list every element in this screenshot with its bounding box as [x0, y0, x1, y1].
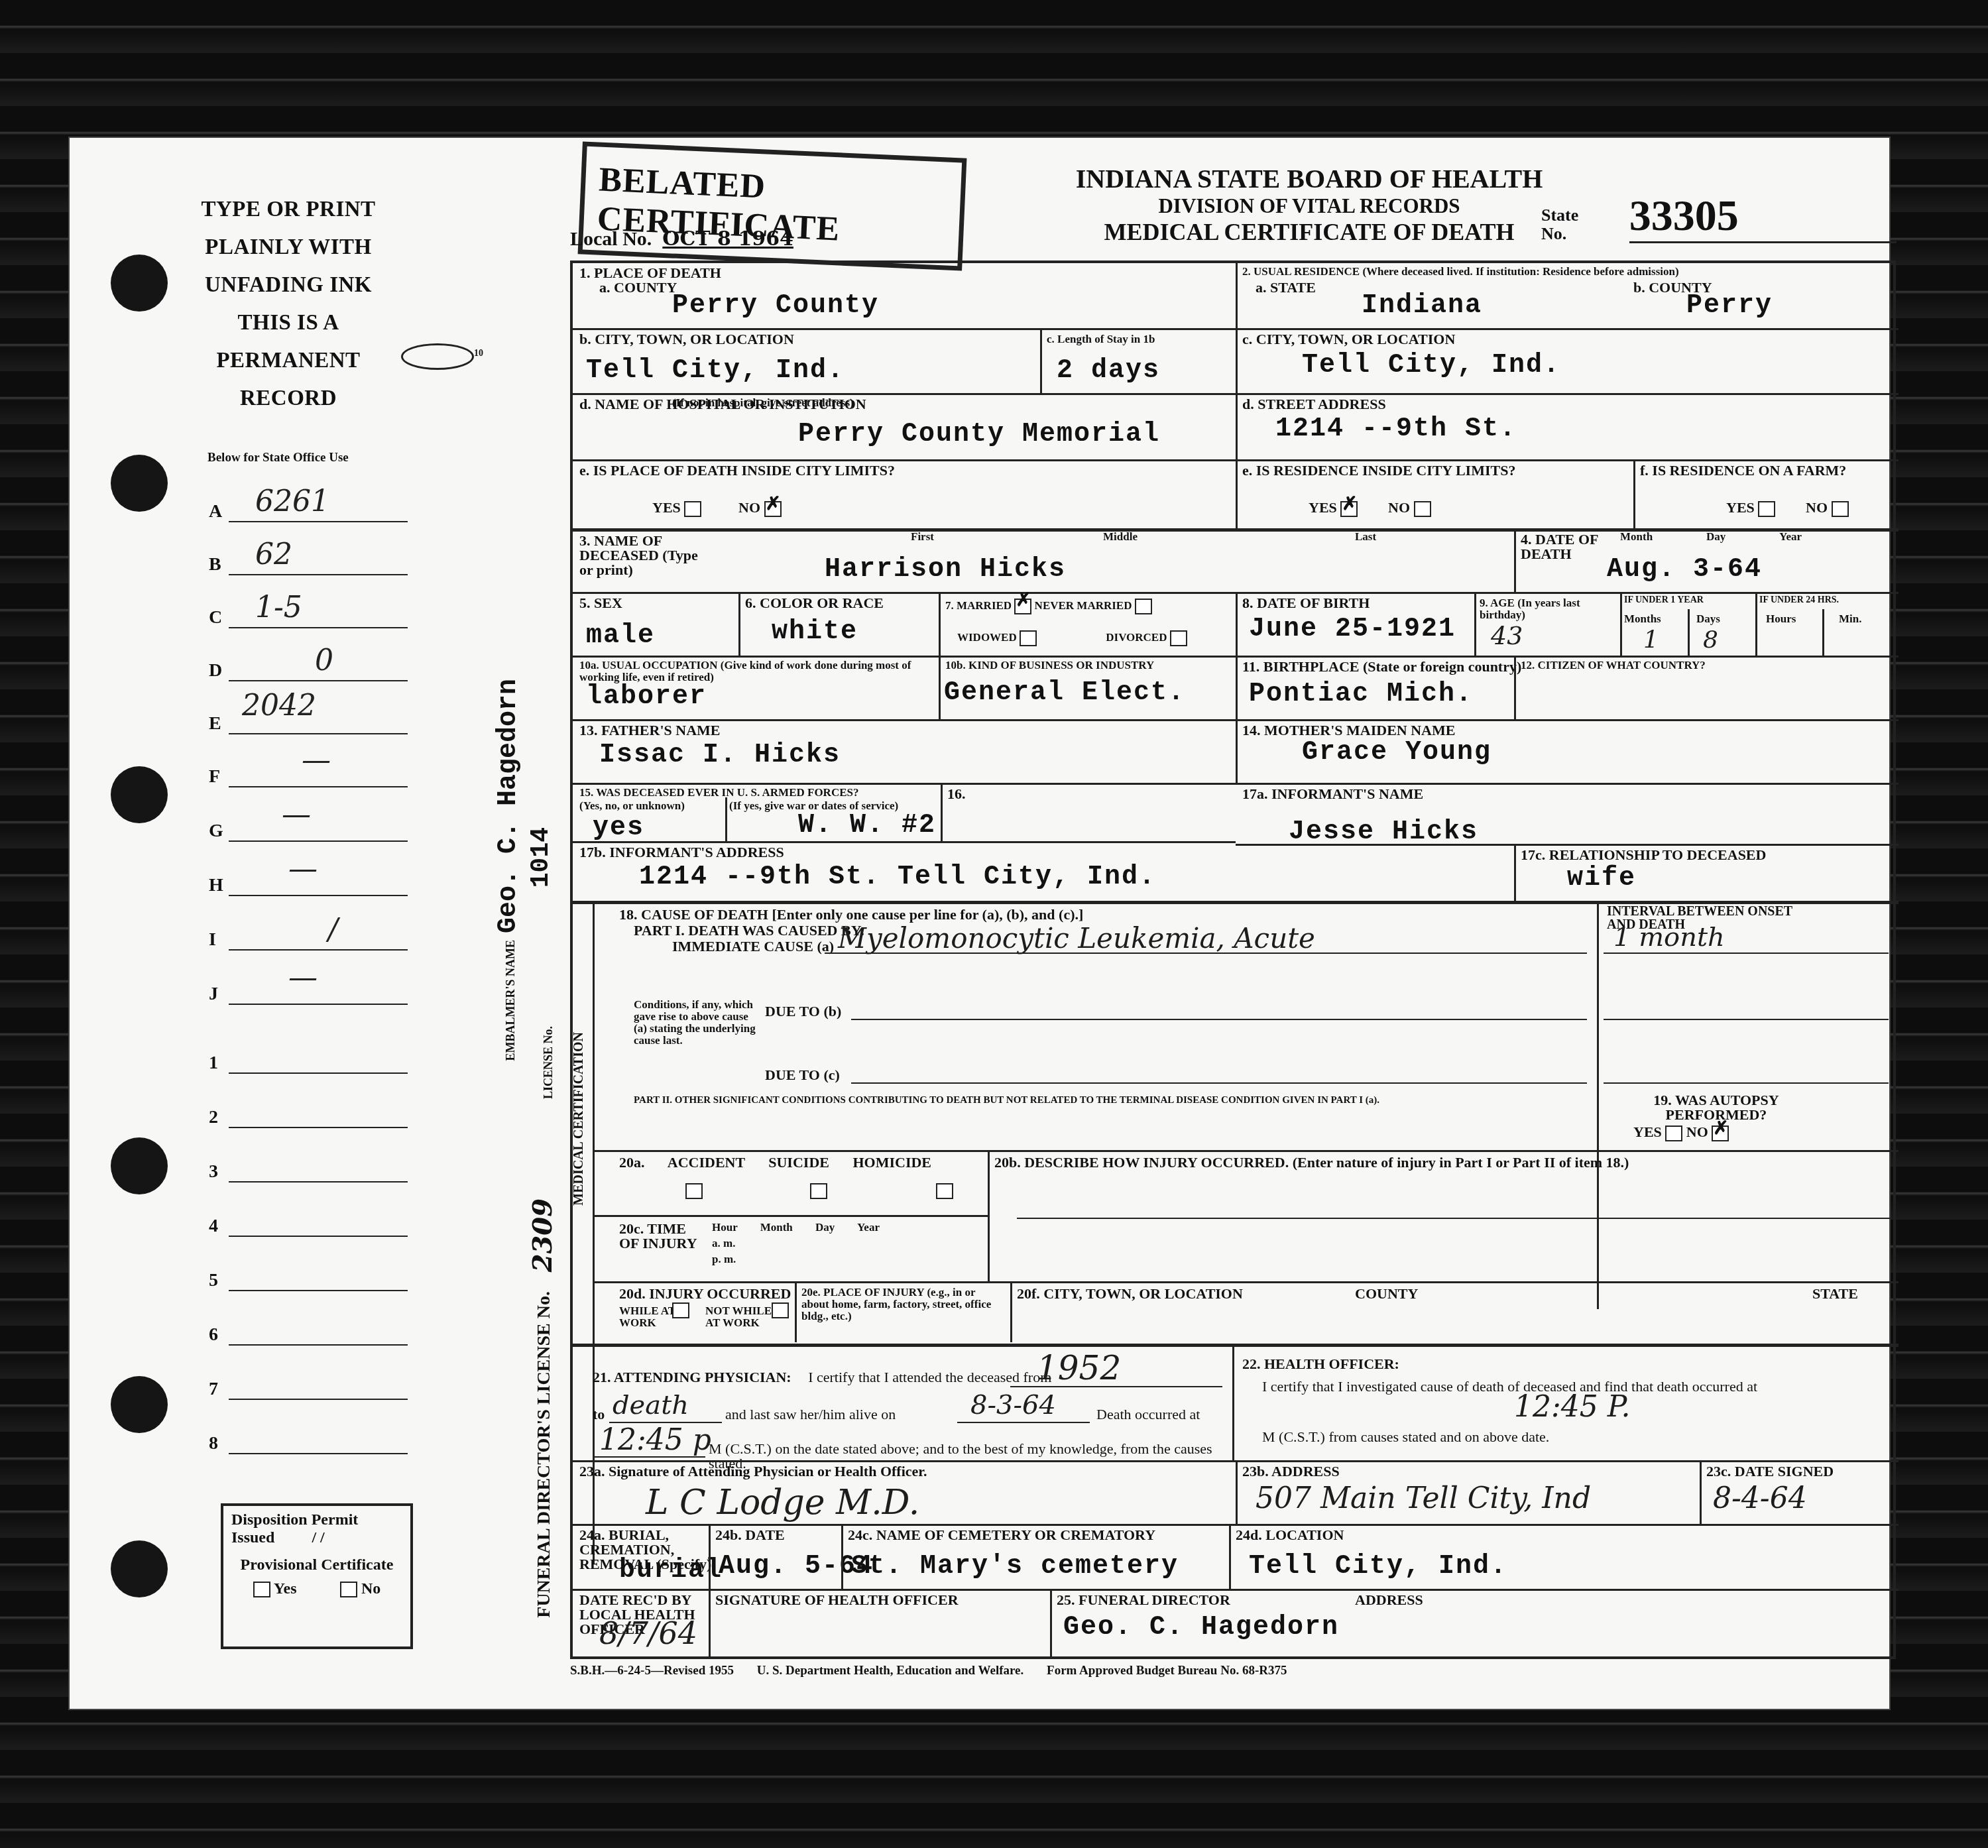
state-office-use-label: Below for State Office Use	[207, 451, 349, 465]
numbered-line-2: 2	[209, 1102, 408, 1128]
age-value: 43	[1491, 621, 1523, 650]
binder-hole-icon	[111, 1540, 168, 1597]
war-service-value: W. W. #2	[798, 811, 936, 840]
occupation-value: laborer	[586, 682, 707, 712]
widowed-checkbox[interactable]	[1020, 630, 1037, 646]
divorced-checkbox[interactable]	[1170, 630, 1187, 646]
hospital-value: Perry County Memorial	[798, 420, 1160, 449]
binder-hole-icon	[111, 455, 168, 512]
binder-hole-icon	[111, 255, 168, 312]
attended-to-value: death	[613, 1390, 689, 1420]
form-grid: 1. PLACE OF DEATH a. COUNTY Perry County…	[570, 260, 1896, 1659]
farm-yes-checkbox[interactable]	[1758, 501, 1775, 517]
sex-value: male	[586, 621, 655, 651]
code-row-b: B62	[209, 549, 408, 575]
provisional-no-checkbox[interactable]	[340, 1582, 357, 1597]
residence-inside-limits-no-checkbox[interactable]	[1414, 501, 1431, 517]
last-seen-alive-value: 8-3-64	[970, 1390, 1056, 1420]
date-signed-value: 8-4-64	[1713, 1481, 1807, 1515]
code-row-a: A6261	[209, 496, 408, 522]
not-while-at-work-checkbox[interactable]	[772, 1302, 789, 1318]
death-inside-limits-no-checkbox[interactable]	[764, 501, 782, 517]
residence-county-value: Perry	[1686, 291, 1773, 321]
burial-date-value: Aug. 5-64	[719, 1552, 874, 1582]
race-value: white	[772, 617, 858, 647]
while-at-work-checkbox[interactable]	[672, 1302, 689, 1318]
certificate-form: BELATED CERTIFICATE Local No.OCT 8 1964 …	[507, 138, 1893, 1709]
attended-from-value: 1952	[1037, 1349, 1121, 1387]
stub-instructions: TYPE OR PRINT PLAINLY WITH UNFADING INK …	[189, 191, 388, 418]
residence-city-value: Tell City, Ind.	[1302, 351, 1560, 380]
numbered-line-4: 4	[209, 1210, 408, 1237]
death-city-value: Tell City, Ind.	[586, 356, 845, 386]
birthplace-value: Pontiac Mich.	[1249, 679, 1473, 709]
burial-type-value: burial	[619, 1556, 723, 1586]
father-name-value: Issac I. Hicks	[599, 740, 841, 770]
funeral-director-value: Geo. C. Hagedorn	[1063, 1613, 1339, 1643]
provisional-yes-checkbox[interactable]	[253, 1582, 270, 1597]
accident-checkbox[interactable]	[685, 1183, 703, 1199]
code-row-j: J—	[209, 978, 408, 1005]
binder-hole-icon	[111, 766, 168, 823]
residence-inside-limits-yes-checkbox[interactable]	[1340, 501, 1358, 517]
date-of-death-value: Aug. 3-64	[1607, 555, 1762, 585]
numbered-line-6: 6	[209, 1319, 408, 1346]
code-row-c: C1-5	[209, 602, 408, 628]
binder-hole-icon	[111, 1137, 168, 1194]
armed-forces-value: yes	[593, 813, 644, 843]
code-row-i: I/	[209, 924, 408, 951]
code-row-e: E2042	[209, 708, 408, 734]
numbered-line-8: 8	[209, 1428, 408, 1454]
married-checkbox[interactable]	[1014, 599, 1031, 614]
deceased-name-value: Harrison Hicks	[825, 555, 1066, 585]
suicide-checkbox[interactable]	[810, 1183, 827, 1199]
date-of-birth-value: June 25-1921	[1249, 614, 1456, 644]
months-value: 1	[1643, 626, 1659, 654]
code-row-g: G—	[209, 815, 408, 842]
ho-death-time-value: 12:45 P.	[1514, 1390, 1630, 1424]
autopsy-no-checkbox[interactable]	[1712, 1126, 1729, 1141]
code-row-f: F—	[209, 761, 408, 787]
cemetery-value: St. Mary's cemetery	[851, 1552, 1179, 1582]
never-married-checkbox[interactable]	[1135, 599, 1152, 614]
belated-certificate-stamp: BELATED CERTIFICATE	[578, 141, 967, 270]
days-value: 8	[1703, 626, 1718, 654]
physician-signature: L C Lodge M.D.	[646, 1483, 919, 1523]
state-number: State No. 33305	[1541, 191, 1897, 243]
date-received-value: 8/7/64	[599, 1615, 697, 1651]
industry-value: General Elect.	[944, 678, 1185, 708]
residence-state-value: Indiana	[1362, 291, 1482, 321]
farm-no-checkbox[interactable]	[1832, 501, 1849, 517]
code-row-d: D0	[209, 655, 408, 681]
binder-hole-icon	[111, 1376, 168, 1433]
relationship-value: wife	[1567, 864, 1636, 894]
medical-certification-label: MEDICAL CERTIFICATION	[571, 1032, 587, 1206]
immediate-cause-value: Myelomonocytic Leukemia, Acute	[838, 922, 1315, 954]
local-number: Local No.OCT 8 1964	[570, 227, 793, 251]
informant-name-value: Jesse Hicks	[1289, 817, 1478, 847]
death-certificate-page: TYPE OR PRINT PLAINLY WITH UNFADING INK …	[70, 138, 1889, 1709]
mother-name-value: Grace Young	[1302, 738, 1491, 768]
numbered-line-1: 1	[209, 1047, 408, 1074]
homicide-checkbox[interactable]	[936, 1183, 953, 1199]
numbered-line-5: 5	[209, 1265, 408, 1291]
autopsy-yes-checkbox[interactable]	[1665, 1126, 1682, 1141]
burial-location-value: Tell City, Ind.	[1249, 1552, 1507, 1582]
death-time-value: 12:45 p	[599, 1423, 711, 1457]
residence-street-value: 1214 --9th St.	[1275, 414, 1517, 444]
death-inside-limits-yes-checkbox[interactable]	[684, 501, 701, 517]
code-row-h: H—	[209, 870, 408, 896]
form-footer: S.B.H.—6-24-5—Revised 1955 U. S. Departm…	[570, 1664, 1287, 1678]
informant-address-value: 1214 --9th St. Tell City, Ind.	[639, 862, 1156, 892]
numbered-line-7: 7	[209, 1373, 408, 1400]
physician-address-value: 507 Main Tell City, Ind	[1256, 1481, 1591, 1515]
numbered-line-3: 3	[209, 1156, 408, 1183]
interval-value: 1 month	[1613, 922, 1725, 953]
union-label-icon	[401, 343, 474, 370]
disposition-permit-box: Disposition Permit Issued / / Provisiona…	[221, 1503, 413, 1649]
length-of-stay-value: 2 days	[1057, 356, 1160, 386]
death-county-value: Perry County	[672, 291, 879, 321]
left-stub: TYPE OR PRINT PLAINLY WITH UNFADING INK …	[70, 138, 481, 1709]
certificate-title: INDIANA STATE BOARD OF HEALTH DIVISION O…	[1011, 163, 1608, 246]
